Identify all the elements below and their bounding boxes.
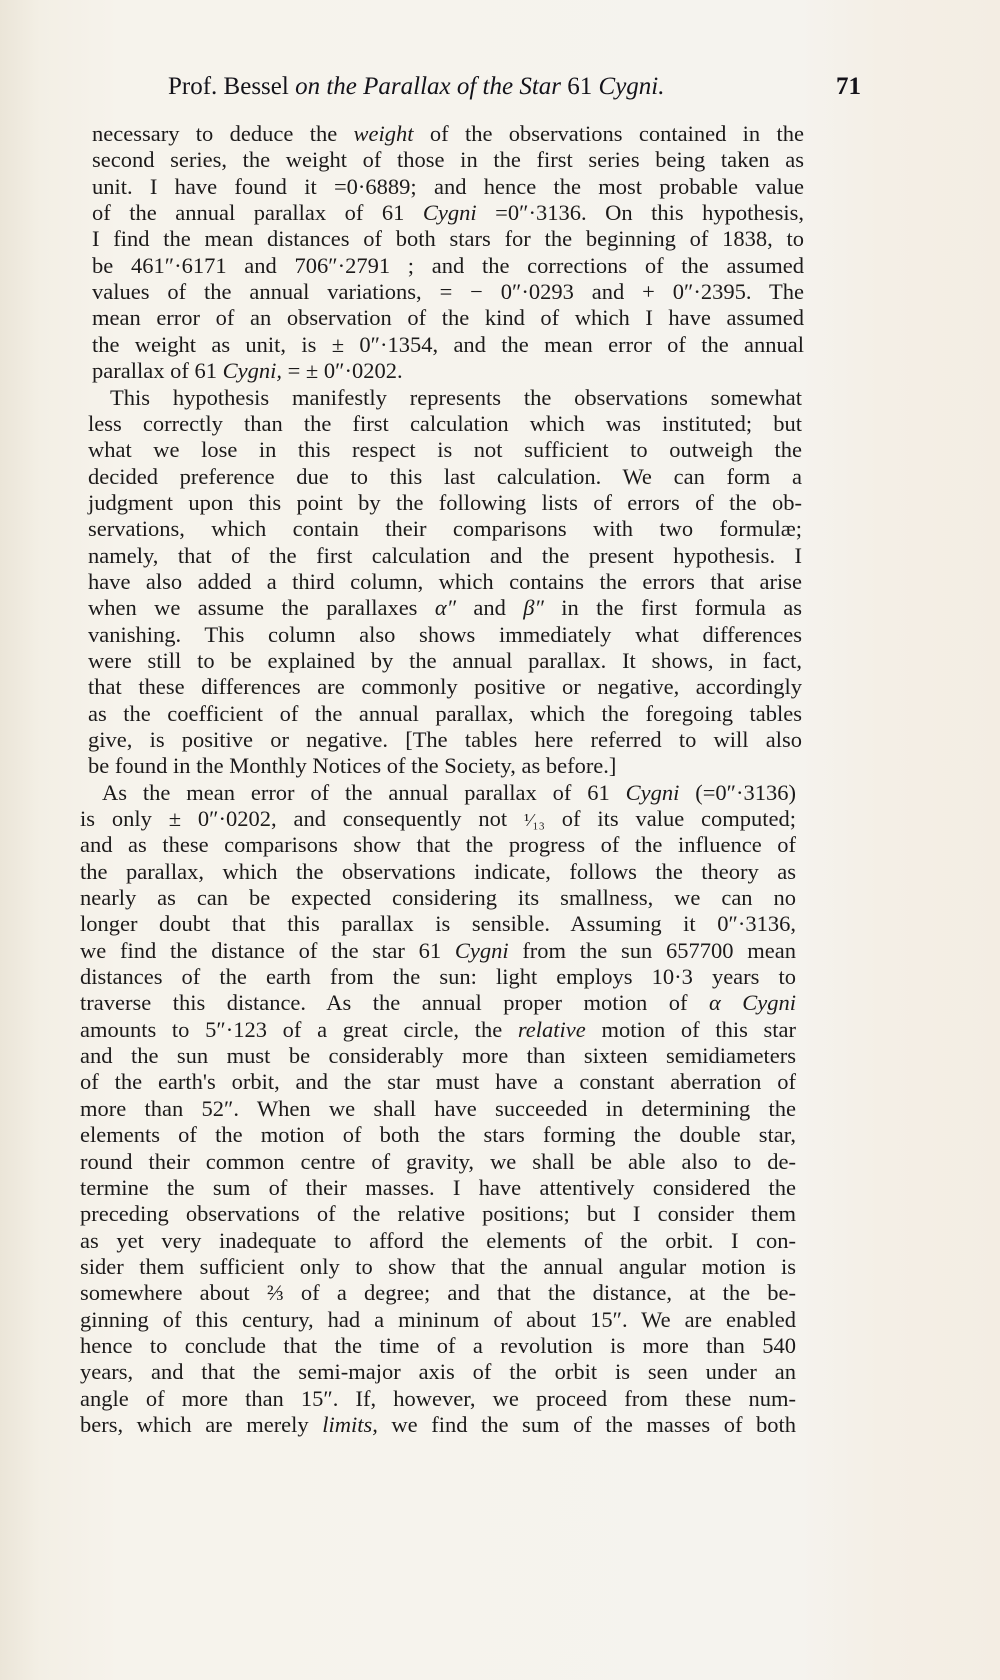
title-number: 61 bbox=[561, 73, 599, 100]
text-line: nearly as can be expected considering it… bbox=[80, 885, 796, 911]
text-line: namely, that of the first calculation an… bbox=[88, 543, 802, 569]
text-line: round their common centre of gravity, we… bbox=[80, 1149, 796, 1175]
text-line: as yet very inadequate to afford the ele… bbox=[80, 1228, 796, 1254]
running-title: Prof. Bessel on the Parallax of the Star… bbox=[168, 73, 665, 101]
text-line: and as these comparisons show that the p… bbox=[80, 832, 796, 858]
text-line: As the mean error of the annual parallax… bbox=[80, 780, 796, 806]
fraction-one-thirteenth: ¹⁄₁₃ bbox=[524, 810, 545, 830]
text-line: second series, the weight of those in th… bbox=[92, 147, 804, 173]
text-line: decided preference due to this last calc… bbox=[88, 464, 802, 490]
text-line: elements of the motion of both the stars… bbox=[80, 1122, 796, 1148]
text-line: preceding observations of the relative p… bbox=[80, 1201, 796, 1227]
text-line: and the sun must be considerably more th… bbox=[80, 1043, 796, 1069]
paragraph-2: This hypothesis manifestly represents th… bbox=[88, 385, 802, 780]
text-line: less correctly than the first calculatio… bbox=[88, 411, 802, 437]
text-line: values of the annual variations, = − 0″·… bbox=[92, 279, 804, 305]
book-page: Prof. Bessel on the Parallax of the Star… bbox=[0, 0, 1000, 1680]
text-line: of the annual parallax of 61 Cygni =0″·3… bbox=[92, 200, 804, 226]
running-header: Prof. Bessel on the Parallax of the Star… bbox=[168, 73, 868, 107]
text-line: is only ± 0″·0202, and consequently not … bbox=[80, 806, 796, 832]
text-line: somewhere about ⅔ of a degree; and that … bbox=[80, 1280, 796, 1306]
text-line: unit. I have found it =0·6889; and hence… bbox=[92, 174, 804, 200]
text-line: termine the sum of their masses. I have … bbox=[80, 1175, 796, 1201]
text-line: longer doubt that this parallax is sensi… bbox=[80, 911, 796, 937]
paragraph-3: As the mean error of the annual parallax… bbox=[80, 780, 796, 1439]
text-line: be found in the Monthly Notices of the S… bbox=[88, 753, 802, 779]
text-line: angle of more than 15″. If, however, we … bbox=[80, 1386, 796, 1412]
paragraph-1: necessary to deduce the weight of the ob… bbox=[92, 121, 804, 384]
text-line: bers, which are merely limits, we find t… bbox=[80, 1412, 796, 1438]
text-line: judgment upon this point by the followin… bbox=[88, 490, 802, 516]
text-line: I find the mean distances of both stars … bbox=[92, 226, 804, 252]
text-line: necessary to deduce the weight of the ob… bbox=[92, 121, 804, 147]
text-line: of the earth's orbit, and the star must … bbox=[80, 1069, 796, 1095]
text-line: be 461″·6171 and 706″·2791 ; and the cor… bbox=[92, 253, 804, 279]
text-line: amounts to 5″·123 of a great circle, the… bbox=[80, 1017, 796, 1043]
text-line: parallax of 61 Cygni, = ± 0″·0202. bbox=[92, 358, 804, 384]
title-author: Prof. Bessel bbox=[168, 73, 295, 100]
text-line: mean error of an observation of the kind… bbox=[92, 305, 804, 331]
text-line: ginning of this century, had a mininum o… bbox=[80, 1307, 796, 1333]
text-line: we find the distance of the star 61 Cygn… bbox=[80, 938, 796, 964]
text-line: that these differences are commonly posi… bbox=[88, 674, 802, 700]
title-subject: on the Parallax of the Star bbox=[295, 73, 561, 100]
text-line: distances of the earth from the sun: lig… bbox=[80, 964, 796, 990]
fraction-two-thirds: ⅔ bbox=[267, 1280, 284, 1305]
text-line: years, and that the semi-major axis of t… bbox=[80, 1359, 796, 1385]
text-line: were still to be explained by the annual… bbox=[88, 648, 802, 674]
title-star: Cygni. bbox=[599, 73, 665, 100]
text-line: as the coefficient of the annual paralla… bbox=[88, 701, 802, 727]
text-line: what we lose in this respect is not suff… bbox=[88, 437, 802, 463]
text-line: when we assume the parallaxes α″ and β″ … bbox=[88, 595, 802, 621]
text-line: the parallax, which the observations ind… bbox=[80, 859, 796, 885]
text-line: have also added a third column, which co… bbox=[88, 569, 802, 595]
text-line: traverse this distance. As the annual pr… bbox=[80, 990, 796, 1016]
text-line: more than 52″. When we shall have succee… bbox=[80, 1096, 796, 1122]
text-line: give, is positive or negative. [The tabl… bbox=[88, 727, 802, 753]
text-line: vanishing. This column also shows immedi… bbox=[88, 622, 802, 648]
text-line: This hypothesis manifestly represents th… bbox=[88, 385, 802, 411]
text-line: the weight as unit, is ± 0″·1354, and th… bbox=[92, 332, 804, 358]
text-line: hence to conclude that the time of a rev… bbox=[80, 1333, 796, 1359]
text-line: sider them sufficient only to show that … bbox=[80, 1254, 796, 1280]
page-number: 71 bbox=[836, 73, 861, 101]
text-line: servations, which contain their comparis… bbox=[88, 516, 802, 542]
